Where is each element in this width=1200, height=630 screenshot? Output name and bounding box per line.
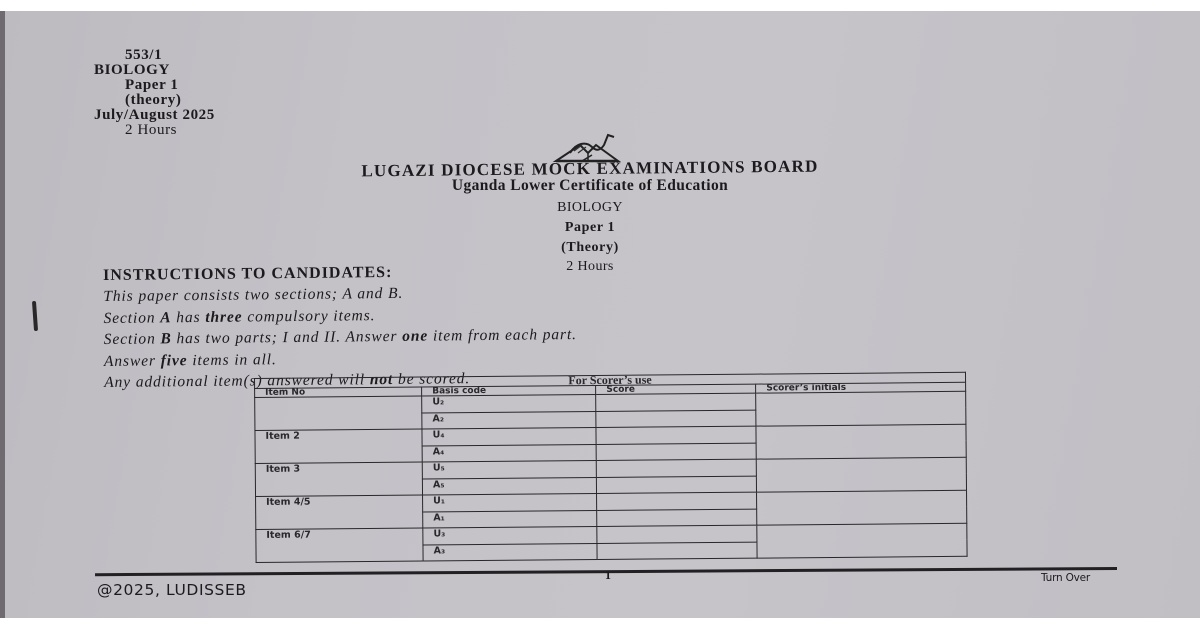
item-number-cell [255,396,422,430]
paper-header-left: 553/1 BIOLOGY Paper 1 (theory) July/Augu… [94,48,215,138]
instruction-text: item from each part. [428,326,577,345]
item-number-cell: Item 3 [255,462,422,496]
scorer-table-container: For Scorer’s use Item No Basis code Scor… [254,372,968,563]
basis-code-cell: U₃ [423,527,597,545]
instruction-text: This paper consists two sections; A and … [103,285,403,305]
score-cell [597,492,757,510]
score-cell [596,459,756,477]
paper-type: (theory) [94,93,215,108]
heading-type: (Theory) [230,240,950,256]
score-cell [597,476,757,494]
exam-paper-photo: 553/1 BIOLOGY Paper 1 (theory) July/Augu… [0,11,1200,618]
exam-session: July/August 2025 [94,108,215,123]
instruction-emphasis: A [160,309,171,326]
score-cell [596,410,756,428]
basis-code-cell: U₁ [423,494,597,512]
paper-edge [0,11,5,618]
score-cell [597,525,757,543]
item-number-cell: Item 4/5 [256,495,423,529]
instruction-text: Section [103,309,160,327]
basis-code-cell: U₅ [422,461,596,479]
heading-subject: BIOLOGY [230,200,950,216]
score-cell [596,443,756,461]
scorer-initials-cell [757,490,967,525]
heading-paper: Paper 1 [230,220,950,236]
score-cell [596,393,756,411]
basis-code-cell: U₄ [422,428,596,446]
turn-over-note: Turn Over [1041,572,1090,584]
instruction-text: compulsory items. [242,307,375,325]
scorer-initials-cell [756,391,966,426]
basis-code-cell: A₅ [422,477,596,495]
instruction-text: has [171,308,205,325]
paper-subject: BIOLOGY [94,63,215,78]
copyright: @2025, LUDISSEB [97,581,247,599]
scorer-initials-cell [756,424,966,459]
instruction-text: Answer [104,352,161,370]
staple-mark [32,301,38,331]
scorer-initials-cell [756,457,966,492]
score-cell [596,426,756,444]
item-number-cell: Item 6/7 [256,528,423,562]
basis-code-cell: U₂ [422,395,596,413]
instruction-emphasis: five [161,352,188,369]
instruction-emphasis: B [160,330,171,347]
scorer-table: For Scorer’s use Item No Basis code Scor… [254,372,968,563]
score-cell [597,542,757,560]
score-cell [597,509,757,527]
instruction-emphasis: three [205,308,242,325]
instruction-text: has two parts; I and II. Answer [172,328,403,347]
item-number-cell: Item 2 [255,429,422,463]
instruction-text: items in all. [187,351,276,369]
paper-code: 553/1 [94,48,215,63]
paper-number: Paper 1 [94,78,215,93]
page-number: 1 [605,568,611,583]
exam-heading: LUGAZI DIOCESE MOCK EXAMINATIONS BOARD U… [230,159,950,275]
basis-code-cell: A₃ [423,543,597,561]
exam-duration: 2 Hours [94,123,215,138]
basis-code-cell: A₂ [422,411,596,429]
instruction-emphasis: one [402,328,428,345]
basis-code-cell: A₁ [423,510,597,528]
instruction-text: Section [104,330,161,348]
basis-code-cell: A₄ [422,444,596,462]
scorer-initials-cell [757,523,967,558]
